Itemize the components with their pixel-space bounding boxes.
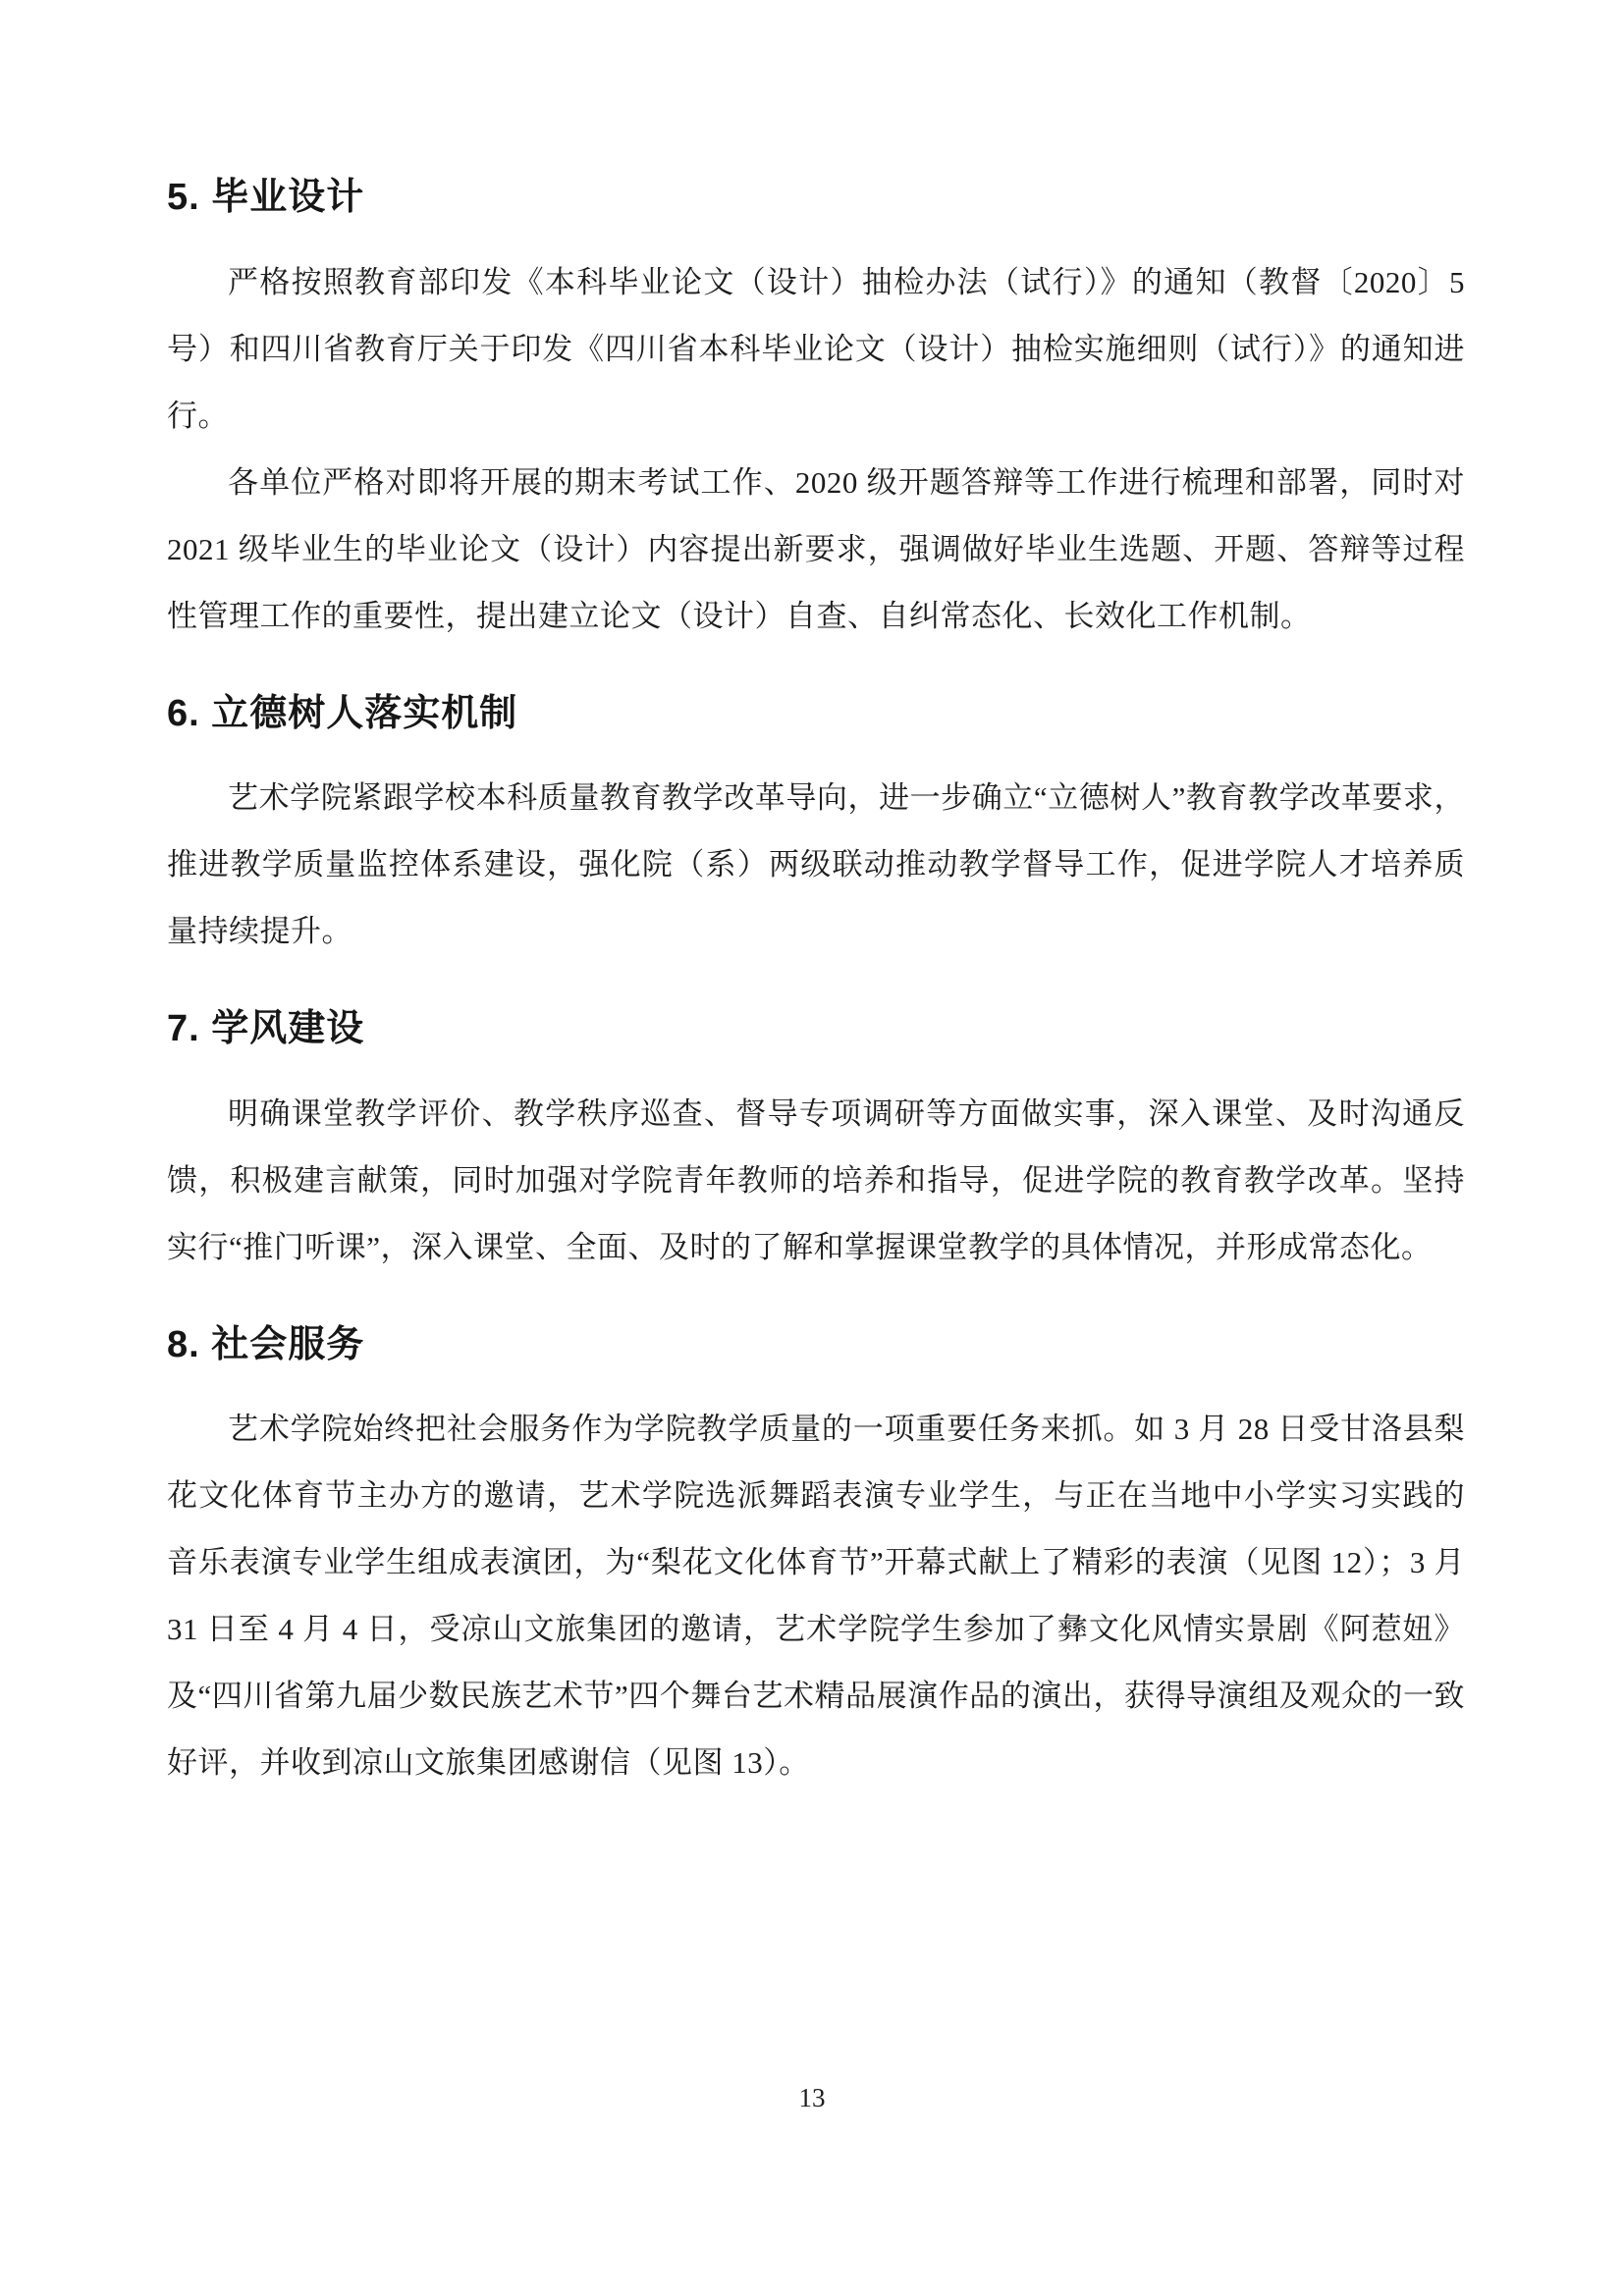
paragraph: 艺术学院紧跟学校本科质量教育教学改革导向，进一步确立“立德树人”教育教学改革要求…	[167, 765, 1465, 965]
page-footer: 13	[0, 2083, 1624, 2113]
section-moral-education-mechanism: 6. 立德树人落实机制 艺术学院紧跟学校本科质量教育教学改革导向，进一步确立“立…	[167, 691, 1465, 966]
section-study-style: 7. 学风建设 明确课堂教学评价、教学秩序巡查、督导专项调研等方面做实事，深入课…	[167, 1006, 1465, 1281]
paragraph: 严格按照教育部印发《本科毕业论文（设计）抽检办法（试行）》的通知（教督〔2020…	[167, 249, 1465, 450]
section-heading-social-service: 8. 社会服务	[167, 1322, 1465, 1369]
section-graduation-design: 5. 毕业设计 严格按照教育部印发《本科毕业论文（设计）抽检办法（试行）》的通知…	[167, 175, 1465, 650]
page-content: 5. 毕业设计 严格按照教育部印发《本科毕业论文（设计）抽检办法（试行）》的通知…	[167, 147, 1465, 1796]
document-page: 5. 毕业设计 严格按照教育部印发《本科毕业论文（设计）抽检办法（试行）》的通知…	[0, 0, 1624, 2296]
section-heading-moral-education-mechanism: 6. 立德树人落实机制	[167, 691, 1465, 738]
paragraph: 各单位严格对即将开展的期末考试工作、2020 级开题答辩等工作进行梳理和部署，同…	[167, 450, 1465, 650]
page-number: 13	[799, 2083, 826, 2112]
paragraph: 艺术学院始终把社会服务作为学院教学质量的一项重要任务来抓。如 3 月 28 日受…	[167, 1396, 1465, 1796]
section-heading-study-style: 7. 学风建设	[167, 1006, 1465, 1053]
section-social-service: 8. 社会服务 艺术学院始终把社会服务作为学院教学质量的一项重要任务来抓。如 3…	[167, 1322, 1465, 1797]
paragraph: 明确课堂教学评价、教学秩序巡查、督导专项调研等方面做实事，深入课堂、及时沟通反馈…	[167, 1081, 1465, 1281]
section-heading-graduation-design: 5. 毕业设计	[167, 175, 1465, 222]
